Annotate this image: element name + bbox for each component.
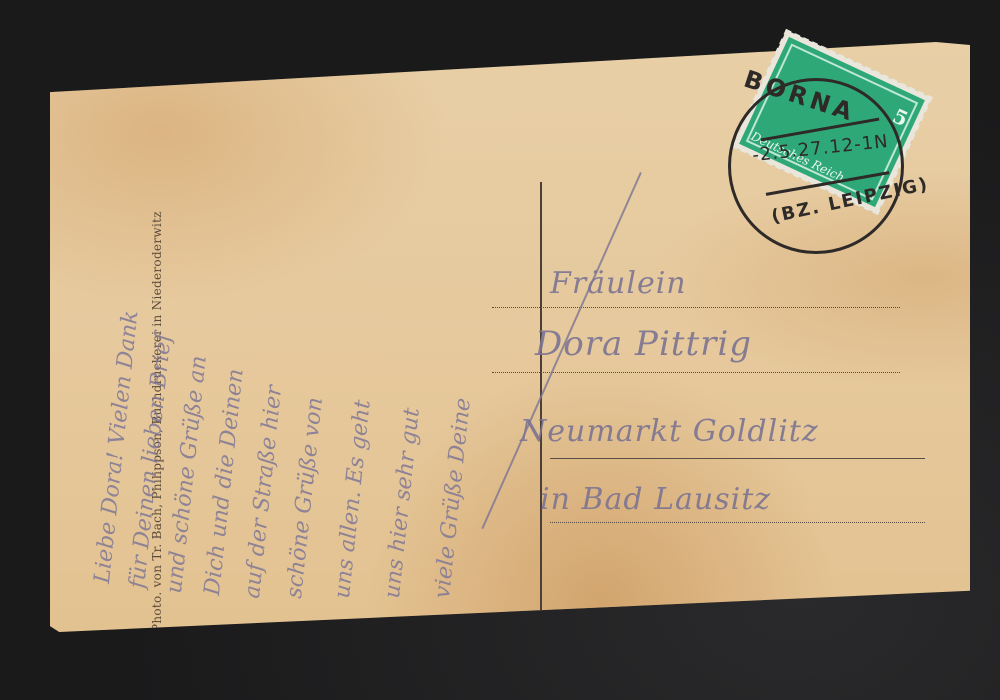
address-line-2: [492, 372, 900, 373]
message-line: schöne Grüße von: [282, 396, 328, 600]
message-line: auf der Straße hier: [240, 384, 287, 599]
address-recipient-name: Dora Pittrig: [535, 324, 752, 364]
address-line-3: [550, 458, 925, 459]
message-line: uns hier sehr gut: [380, 407, 425, 600]
address-city: in Bad Lausitz: [540, 482, 771, 517]
address-line-1: [492, 307, 900, 308]
message-line: uns allen. Es geht: [330, 399, 376, 600]
message-line: viele Grüße Deine: [430, 397, 476, 600]
address-line-4: [550, 522, 925, 523]
message-line: Dich und die Deinen: [200, 367, 249, 596]
center-divider-line: [540, 182, 542, 640]
address-street: Neumarkt Goldlitz: [520, 414, 819, 449]
address-recipient-title: Fräulein: [550, 266, 687, 301]
